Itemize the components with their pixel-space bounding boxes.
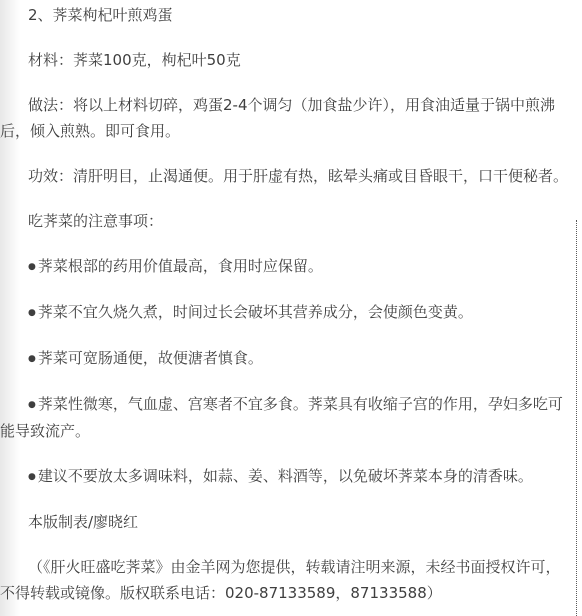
- note-item: ●荠菜可宽肠通便，故便溏者慎食。: [0, 345, 572, 372]
- note-item-text: 荠菜性微寒，气血虚、宫寒者不宜多食。荠菜具有收缩子宫的作用，孕妇多吃可能导致流产…: [0, 395, 563, 440]
- article-content: 2、荠菜枸杞叶煎鸡蛋 材料：荠菜100克，枸杞叶50克 做法：将以上材料切碎，鸡…: [0, 0, 582, 606]
- byline: 本版制表/廖晓红: [0, 509, 572, 535]
- note-item: ●荠菜不宜久烧久煮，时间过长会破坏其营养成分，会使颜色变黄。: [0, 299, 572, 326]
- bullet-icon: ●: [28, 400, 36, 410]
- notes-heading: 吃荠菜的注意事项：: [0, 208, 572, 234]
- article-page: 2、荠菜枸杞叶煎鸡蛋 材料：荠菜100克，枸杞叶50克 做法：将以上材料切碎，鸡…: [0, 0, 582, 616]
- copyright-notice: （《肝火旺盛吃荠菜》由金羊网为您提供，转载请注明来源，未经书面授权许可，不得转载…: [0, 554, 572, 606]
- method-paragraph: 做法：将以上材料切碎，鸡蛋2-4个调匀（加食盐少许），用食油适量于锅中煎沸后，倾…: [0, 92, 572, 144]
- note-item-text: 荠菜根部的药用价值最高，食用时应保留。: [38, 257, 323, 275]
- note-item: ●荠菜性微寒，气血虚、宫寒者不宜多食。荠菜具有收缩子宫的作用，孕妇多吃可能导致流…: [0, 391, 572, 444]
- note-item: ●建议不要放太多调味料，如蒜、姜、料酒等，以免破坏荠菜本身的清香味。: [0, 463, 572, 490]
- bullet-icon: ●: [28, 354, 36, 364]
- note-item-text: 荠菜不宜久烧久煮，时间过长会破坏其营养成分，会使颜色变黄。: [38, 303, 473, 321]
- bullet-icon: ●: [28, 308, 36, 318]
- effect-paragraph: 功效：清肝明目，止渴通便。用于肝虚有热，眩晕头痛或目昏眼干，口干便秘者。: [0, 163, 572, 189]
- materials-paragraph: 材料：荠菜100克，枸杞叶50克: [0, 47, 572, 73]
- article-title: 2、荠菜枸杞叶煎鸡蛋: [0, 2, 572, 28]
- note-item-text: 建议不要放太多调味料，如蒜、姜、料酒等，以免破坏荠菜本身的清香味。: [38, 467, 533, 485]
- note-item: ●荠菜根部的药用价值最高，食用时应保留。: [0, 253, 572, 280]
- bullet-icon: ●: [28, 262, 36, 272]
- note-item-text: 荠菜可宽肠通便，故便溏者慎食。: [38, 349, 263, 367]
- bullet-icon: ●: [28, 472, 36, 482]
